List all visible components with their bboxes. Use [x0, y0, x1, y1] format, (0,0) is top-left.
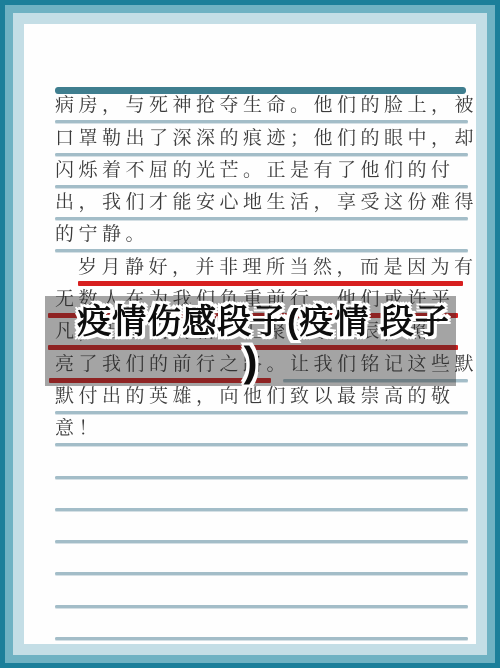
text-row-empty [55, 479, 468, 511]
text-row-empty [55, 543, 468, 575]
ruled-line [55, 637, 468, 640]
text-row: 口罩勒出了深深的痕迹；他们的眼中，却 [55, 123, 468, 155]
row-text: 出，我们才能安心地生活，享受这份难得 [55, 187, 478, 214]
text-row-empty [55, 575, 468, 607]
text-row: 的宁静。 [55, 220, 468, 252]
row-text: 的宁静。 [55, 219, 149, 246]
photo-frame-inner: 病房，与死神抢夺生命。他们的脸上，被 口罩勒出了深深的痕迹；他们的眼中，却 闪烁… [13, 13, 487, 655]
row-text: 病房，与死神抢夺生命。他们的脸上，被 [55, 90, 478, 117]
text-row-empty [55, 446, 468, 478]
row-text: 口罩勒出了深深的痕迹；他们的眼中，却 [55, 123, 478, 150]
row-text: 意！ [55, 413, 102, 440]
photo-frame-mid: 病房，与死神抢夺生命。他们的脸上，被 口罩勒出了深深的痕迹；他们的眼中，却 闪烁… [5, 5, 495, 663]
text-row-empty [55, 608, 468, 640]
text-row: 闪烁着不屈的光芒。正是有了他们的付 [55, 156, 468, 188]
text-row: 岁月静好，并非理所当然，而是因为有 [55, 252, 468, 284]
overlay-title-line2: ) [45, 341, 456, 383]
text-row: 病房，与死神抢夺生命。他们的脸上，被 [55, 91, 468, 123]
notebook-page: 病房，与死神抢夺生命。他们的脸上，被 口罩勒出了深深的痕迹；他们的眼中，却 闪烁… [24, 24, 476, 644]
row-text: 岁月静好，并非理所当然，而是因为有 [78, 252, 478, 279]
text-row: 出，我们才能安心地生活，享受这份难得 [55, 188, 468, 220]
text-row: 默付出的英雄，向他们致以最崇高的敬 [55, 382, 468, 414]
text-row: 意！ [55, 414, 468, 446]
row-text: 闪烁着不屈的光芒。正是有了他们的付 [55, 155, 455, 182]
text-row-empty [55, 511, 468, 543]
overlay-title: 疫情伤感段子(疫情 段子 ) [45, 303, 456, 383]
photo-frame-outer: 病房，与死神抢夺生命。他们的脸上，被 口罩勒出了深深的痕迹；他们的眼中，却 闪烁… [0, 0, 500, 668]
overlay-title-line1: 疫情伤感段子(疫情 段子 [45, 303, 456, 341]
